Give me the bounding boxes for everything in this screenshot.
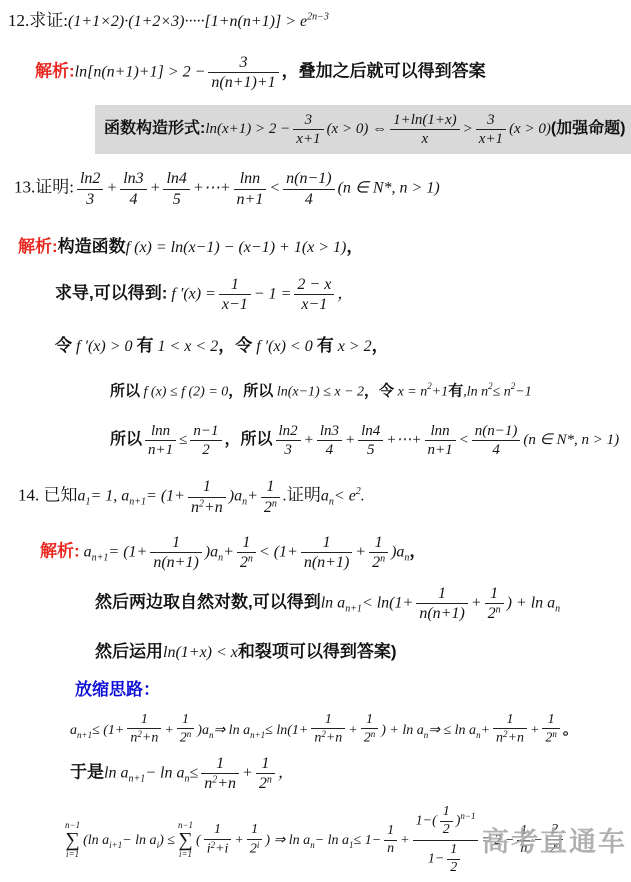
text-segment: + [530, 722, 539, 737]
fraction: 1n(n+1) [301, 533, 352, 572]
text-segment: 有 [317, 336, 334, 355]
text-segment: 1 [366, 712, 373, 727]
text-segment: f ′(x) > 0 [72, 338, 137, 355]
text-segment: + [242, 764, 253, 781]
text-segment: ，令 [364, 382, 394, 399]
text-segment: 构造函数 [58, 237, 126, 256]
analysis-14-recurrence: 解析: an+1= (1+1n(n+1))an+12n< (1+1n(n+1)+… [40, 532, 631, 573]
text-segment: 4 [492, 442, 500, 458]
text-segment: ， [337, 285, 353, 302]
script-text: n+1 [92, 552, 109, 563]
text-segment: − 1 = [254, 285, 292, 302]
text-segment: +n [204, 499, 223, 516]
fraction: 12n [256, 754, 275, 793]
text-segment: 3 [240, 54, 248, 71]
watermark-gaokao-zhitongche: 高考直通车 [482, 820, 627, 859]
text-segment: ⇒ ln a [213, 722, 250, 737]
text-segment: f (x) ≤ f (2) = 0 [140, 384, 228, 399]
text-segment: 3 [86, 191, 94, 208]
text-segment: 1− [428, 851, 444, 866]
text-segment: ) + ln a [381, 722, 424, 737]
analysis-14-log-step: 然后两边取自然对数,可以得到ln an+1< ln(1+1n(n+1)+12n)… [95, 583, 631, 624]
text-segment: 解析: [35, 61, 75, 80]
text-segment: + [150, 180, 161, 197]
fraction: ln34 [120, 169, 146, 208]
text-segment: lnn [431, 423, 450, 439]
text-segment: 2 − x [297, 276, 331, 293]
text-segment: 12.求证: [8, 11, 68, 30]
text-segment: n(n+1) [153, 554, 198, 571]
text-segment: 1 [325, 712, 332, 727]
text-segment: ，所以 [225, 432, 273, 449]
text-segment: n [191, 499, 199, 516]
script-text: n [380, 554, 385, 565]
text-segment: +n [508, 731, 524, 746]
fraction: 12i [247, 822, 263, 858]
script-text: n [267, 775, 272, 786]
text-segment: 放缩思路： [75, 680, 160, 699]
text-segment: + [471, 595, 482, 612]
summation: n−1∑i=1 [178, 821, 193, 859]
text-segment: 5 [173, 191, 181, 208]
text-segment: +⋯+ [386, 433, 421, 449]
text-segment: lnn [151, 423, 170, 439]
fraction: 3x+1 [476, 111, 506, 148]
script-text: n [272, 498, 277, 509]
fraction: 1n(n+1) [150, 533, 201, 572]
text-segment: . [361, 488, 365, 505]
text-segment: + [348, 722, 357, 737]
text-segment: 2 [250, 842, 257, 857]
text-segment: 。 [563, 720, 578, 737]
text-segment: + [304, 433, 314, 449]
fraction: 1i2+i [204, 822, 232, 858]
text-segment: ≤ [189, 764, 198, 781]
text-segment: 1 [438, 585, 446, 602]
text-segment: 1+ln(1+x) [393, 112, 457, 128]
text-segment: n(n+1) [419, 605, 464, 622]
fraction: ln45 [358, 422, 383, 459]
analysis-14-hint: 然后运用ln(1+x) < x和裂项可以得到答案) [95, 641, 631, 663]
text-segment: ln2 [80, 170, 100, 187]
fraction: 1n(n+1) [416, 584, 467, 623]
fraction: 1n2+n [311, 712, 345, 748]
text-segment: 解析: [18, 237, 58, 256]
text-segment: f ′(x) = [167, 285, 216, 302]
text-segment: ( [196, 833, 201, 848]
fraction: 12 [440, 804, 453, 839]
text-segment: 1 [387, 823, 394, 838]
text-segment: ln a [321, 595, 345, 612]
text-segment: 有 [137, 336, 154, 355]
text-segment: 1 [251, 822, 258, 837]
fraction: 1x−1 [219, 275, 251, 314]
text-segment: 证明 [287, 486, 321, 505]
text-segment: ) + ln a [507, 595, 556, 612]
text-segment: + [223, 543, 234, 560]
text-segment: < [459, 433, 469, 449]
text-segment: (加强命题) [551, 121, 626, 138]
text-segment: f (x) = ln(x−1) − (x−1) + 1(x > 1) [126, 239, 347, 256]
script-text: n+1 [77, 730, 92, 740]
text-segment: 1 [242, 534, 250, 551]
text-segment: + [400, 833, 409, 848]
text-segment: 1 [216, 755, 224, 772]
text-segment: (n ∈ N*, n > 1) [338, 180, 440, 197]
fraction: 12n [237, 533, 256, 572]
text-segment: x+1 [479, 131, 503, 147]
text-segment: 2 [259, 775, 267, 792]
text-segment: + [164, 722, 173, 737]
fraction: 1n2+n [127, 712, 161, 748]
text-segment: 2 [450, 860, 457, 875]
text-segment: + [247, 488, 258, 505]
scaling-idea-heading: 放缩思路： [75, 679, 631, 701]
text-segment: ln2 [279, 423, 298, 439]
text-segment: ⇒ ≤ ln a [428, 722, 476, 737]
text-segment: 1 [375, 534, 383, 551]
fraction: 3n(n+1)+1 [208, 53, 278, 92]
text-segment: a [321, 488, 329, 505]
fraction: 12n [261, 477, 280, 516]
text-segment: 2 [364, 731, 371, 746]
text-segment: (1+1×2)·(1+2×3)·····[1+n(n+1)] > e [68, 13, 307, 30]
text-segment: 1−( [416, 813, 437, 828]
construction-form-box: 函数构造形式:ln(x+1) > 2 −3x+1(x > 0) ⇔1+ln(1+… [95, 105, 631, 154]
text-segment: 1 [323, 534, 331, 551]
text-segment: x > 2 [334, 338, 372, 355]
text-segment: = (1+ [146, 488, 185, 505]
text-segment: = (1+ [108, 543, 147, 560]
text-segment: 1 [261, 755, 269, 772]
text-segment: x+1 [296, 131, 320, 147]
text-segment: 2 [202, 442, 210, 458]
analysis-13-derivative: 求导,可以得到: f ′(x) =1x−1− 1 =2 − xx−1， [55, 274, 631, 315]
text-segment: 1 < x < 2 [154, 338, 219, 355]
text-segment: 所以 [110, 432, 142, 449]
text-segment: ，令 [218, 336, 252, 355]
text-segment: +n [326, 731, 342, 746]
text-segment: lnn [240, 170, 260, 187]
text-segment: ，所以 [228, 382, 273, 399]
text-segment: = 1, a [91, 488, 130, 505]
text-segment: (x > 0) [509, 122, 551, 138]
text-segment: (n ∈ N*, n > 1) [523, 433, 619, 449]
script-text: n+1 [129, 497, 146, 508]
text-segment: )a [229, 488, 242, 505]
scaling-step-2: 于是ln an+1− ln an≤1n2+n+12n， [70, 753, 631, 794]
text-segment: 1 [203, 478, 211, 495]
fraction: lnnn+1 [425, 422, 456, 459]
text-segment: 1 [172, 534, 180, 551]
text-segment: +1 [432, 384, 448, 399]
analysis-12: 解析:ln[n(n+1)+1] > 2 −3n(n+1)+1，叠加之后就可以得到… [35, 52, 631, 93]
text-segment: 所以 [110, 382, 140, 399]
text-segment: − ln a [122, 833, 156, 848]
text-segment: 2 [488, 605, 496, 622]
analysis-13-monotonic: 令 f ′(x) > 0 有 1 < x < 2，令 f ′(x) < 0 有 … [55, 335, 631, 357]
text-segment: n+1 [428, 442, 453, 458]
text-segment: 14. 已知 [18, 486, 78, 505]
fraction: 1+ln(1+x)x [390, 111, 460, 148]
script-text: n−1 [460, 811, 475, 821]
text-segment: (ln a [83, 833, 109, 848]
text-segment: 4 [305, 191, 313, 208]
problem-13-statement: 13.证明:ln23+ln34+ln45+⋯+lnnn+1<n(n−1)4(n … [14, 168, 631, 209]
fraction: 12n [369, 533, 388, 572]
text-segment: +⋯+ [193, 180, 231, 197]
script-text: n+1 [345, 604, 362, 615]
text-segment: > [463, 122, 473, 138]
text-segment: 求导,可以得到: [55, 283, 167, 302]
problem-14-statement: 14. 已知a1= 1, an+1= (1+1n2+n)an+12n.证明an<… [18, 476, 631, 517]
text-segment: n(n−1) [475, 423, 518, 439]
text-segment: ln4 [361, 423, 380, 439]
text-segment: ) ≤ [159, 833, 175, 848]
text-segment: n(n+1)+1 [211, 74, 275, 91]
fraction: lnnn+1 [234, 169, 267, 208]
text-segment: ln4 [166, 170, 186, 187]
fraction: 1n2+n [188, 477, 226, 516]
text-segment: n+1 [237, 191, 264, 208]
text-segment: n+1 [148, 442, 173, 458]
text-segment: n(n+1) [304, 554, 349, 571]
text-segment: )a [197, 722, 209, 737]
fraction: n−12 [190, 422, 221, 459]
text-segment: 2 [240, 554, 248, 571]
text-segment: 4 [129, 191, 137, 208]
text-segment: ln3 [320, 423, 339, 439]
script-text: n [187, 729, 192, 739]
text-segment: ≤ ln(1+ [265, 722, 308, 737]
fraction: 1n2+n [201, 754, 239, 793]
text-segment: n [387, 841, 394, 856]
text-segment: 和裂项可以得到答案) [238, 642, 397, 661]
scaling-step-1: an+1≤ (1+1n2+n+12n)an⇒ ln an+1≤ ln(1+1n2… [70, 711, 631, 749]
fraction: 1n2+n [493, 712, 527, 748]
text-segment: ，叠加之后就可以得到答案 [282, 61, 486, 80]
text-segment: + [234, 833, 243, 848]
math-solutions-page: 12.求证:(1+1×2)·(1+2×3)·····[1+n(n+1)] > e… [0, 0, 631, 882]
text-segment: 1 [443, 804, 450, 819]
fraction: 12n [542, 712, 560, 748]
script-text: n [371, 729, 376, 739]
text-segment: 1 [214, 822, 221, 837]
text-segment: − ln a [315, 833, 349, 848]
fraction: ln23 [276, 422, 301, 459]
text-segment: 于是 [70, 762, 104, 781]
text-segment: < e [334, 488, 356, 505]
text-segment: ≤ 1− [354, 833, 382, 848]
text-segment: ln(1+x) < x [163, 644, 238, 661]
text-segment: 然后运用 [95, 642, 163, 661]
text-segment: + [355, 543, 366, 560]
text-segment: (x > 0) ⇔ [327, 122, 388, 138]
text-segment: ln3 [123, 170, 143, 187]
text-segment: < (1+ [259, 543, 298, 560]
text-segment: 4 [326, 442, 334, 458]
text-segment: ≤ (1+ [92, 722, 124, 737]
text-segment: +n [217, 775, 236, 792]
text-segment: − ln a [145, 764, 184, 781]
script-text: n [555, 604, 560, 615]
fraction: 12n [177, 712, 195, 748]
text-segment: ln[n(n+1)+1] > 2 − [75, 63, 206, 80]
text-segment: 2 [372, 554, 380, 571]
text-segment: 1 [231, 276, 239, 293]
text-segment: 1 [182, 712, 189, 727]
text-segment: 1 [490, 585, 498, 602]
text-segment: 13.证明: [14, 178, 74, 197]
fraction: 12 [447, 842, 460, 877]
text-segment: n−1 [193, 423, 218, 439]
text-segment: a [70, 722, 77, 737]
text-segment: 然后两边取自然对数,可以得到 [95, 593, 321, 612]
text-segment: ， [372, 336, 389, 355]
text-segment: 3 [487, 112, 495, 128]
script-text: n [248, 554, 253, 565]
analysis-13-inequality: 所以 f (x) ≤ f (2) = 0，所以 ln(x−1) ≤ x − 2，… [110, 381, 631, 401]
problem-12-statement: 12.求证:(1+1×2)·(1+2×3)·····[1+n(n+1)] > e… [8, 10, 631, 32]
text-segment: 2 [180, 731, 187, 746]
text-segment: x [422, 131, 429, 147]
fraction: 12n [485, 584, 504, 623]
fraction: ln45 [163, 169, 189, 208]
fraction: ln34 [317, 422, 342, 459]
text-segment: a [78, 488, 86, 505]
fraction: n(n−1)4 [472, 422, 521, 459]
script-text: i+1 [109, 840, 122, 850]
fraction: 2 − xx−1 [294, 275, 334, 314]
fraction: ln23 [77, 169, 103, 208]
text-segment: + [481, 722, 490, 737]
text-segment: ≤ [179, 433, 187, 449]
text-segment: 3 [284, 442, 292, 458]
text-segment: 1 [266, 478, 274, 495]
script-text: n+1 [250, 730, 265, 740]
fraction: 1n [384, 823, 397, 858]
text-segment: 1 [548, 712, 555, 727]
text-segment: n [496, 731, 503, 746]
text-segment: ， [409, 541, 426, 560]
fraction: 12n [361, 712, 379, 748]
text-segment: 5 [367, 442, 375, 458]
text-segment: 2 [264, 499, 272, 516]
text-segment: x = n [394, 384, 427, 399]
fraction: 1−(12)n−11−12 [413, 803, 479, 877]
text-segment: −1 [515, 384, 531, 399]
text-segment: ln(x−1) ≤ x − 2 [273, 384, 364, 399]
text-segment: f ′(x) < 0 [252, 338, 317, 355]
summation: n−1∑i=1 [65, 821, 80, 859]
text-segment: x−1 [301, 296, 327, 313]
text-segment: 1 [506, 712, 513, 727]
fraction: 3x+1 [293, 111, 323, 148]
text-segment: 1 [141, 712, 148, 727]
text-segment: 解析: [40, 541, 80, 560]
text-segment: + [106, 180, 117, 197]
text-segment: a [80, 543, 92, 560]
text-segment: +n [142, 731, 158, 746]
analysis-13-conclusion: 所以lnnn+1≤n−12，所以ln23+ln34+ln45+⋯+lnnn+1<… [110, 421, 631, 460]
text-segment: < [269, 180, 280, 197]
text-segment: ,ln n [463, 384, 488, 399]
text-segment: ln a [104, 764, 128, 781]
text-segment: < ln(1+ [362, 595, 413, 612]
script-text: n [552, 729, 557, 739]
text-segment: n(n−1) [286, 170, 331, 187]
text-segment: 令 [55, 336, 72, 355]
text-segment: ， [346, 237, 363, 256]
script-text: 2n−3 [307, 12, 329, 23]
text-segment: )a [205, 543, 218, 560]
text-segment: + [345, 433, 355, 449]
text-segment: 函数构造形式: [104, 121, 205, 138]
analysis-13-construct: 解析:构造函数f (x) = ln(x−1) − (x−1) + 1(x > 1… [18, 236, 631, 258]
text-segment: 有 [448, 382, 463, 399]
text-segment: ) ⇒ ln a [265, 833, 310, 848]
script-text: n+1 [128, 773, 145, 784]
text-segment: 1 [450, 842, 457, 857]
fraction: n(n−1)4 [283, 169, 334, 208]
text-segment: ， [278, 764, 294, 781]
script-text: n [496, 605, 501, 616]
text-segment: ≤ n [493, 384, 511, 399]
fraction: lnnn+1 [145, 422, 176, 459]
text-segment: 3 [305, 112, 313, 128]
text-segment: x−1 [222, 296, 248, 313]
text-segment: 2 [443, 822, 450, 837]
script-text: i [257, 840, 260, 850]
text-segment: +i [215, 842, 228, 857]
text-segment: ln(x+1) > 2 − [205, 122, 290, 138]
text-segment: )a [391, 543, 404, 560]
